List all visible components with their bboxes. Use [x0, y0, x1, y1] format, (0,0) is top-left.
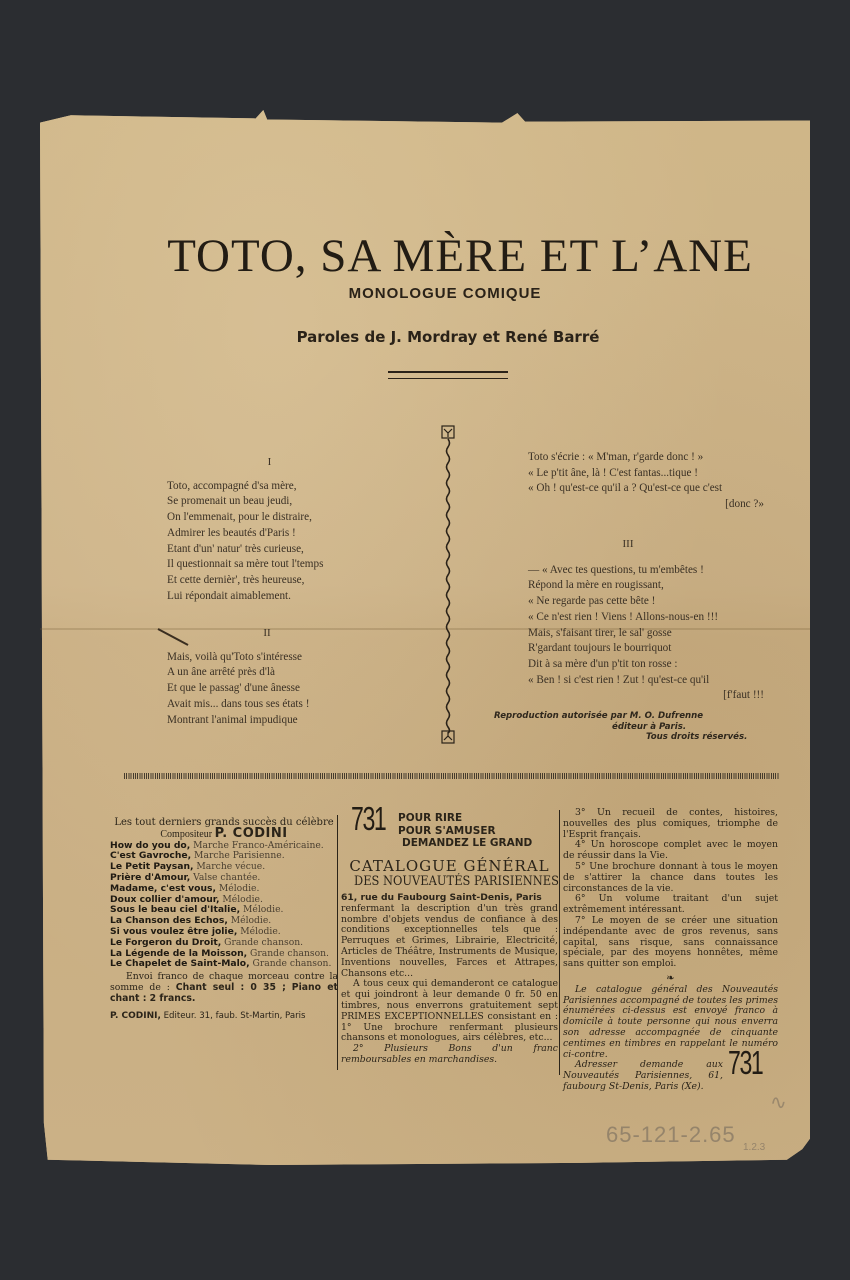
verse-line: « Ce n'est rien ! Viens ! Allons-nous-en… — [528, 610, 764, 626]
catalogue-number: 731 — [728, 1058, 762, 1069]
pencil-annotation: ∿ — [770, 1090, 787, 1115]
verse-line: Mais, voilà qu'Toto s'intéresse — [167, 650, 377, 666]
verse-line: [f'faut !!! — [528, 688, 764, 704]
order-address: Adresser demande aux Nouveautés Parisien… — [563, 1060, 723, 1092]
verse-line: — « Avec tes questions, tu m'embêtes ! — [528, 563, 764, 579]
column-separator — [559, 810, 560, 1075]
document-authors: Paroles de J. Mordray et René Barré — [0, 328, 850, 346]
credit-line: éditeur à Paris. — [494, 722, 754, 733]
verse-line: Dit à sa mère d'un p'tit ton rosse : — [528, 657, 764, 673]
verse-number: II — [167, 626, 367, 642]
verse-line: A un âne arrêté près d'là — [167, 665, 377, 681]
document-title: TOTO, SA MÈRE ET L’ANE — [0, 229, 850, 283]
verse-line: Montrant l'animal impudique — [167, 713, 377, 729]
verse-line: Mais, s'faisant tirer, le sal' gosse — [528, 626, 764, 642]
verse-line: Etant d'un' natur' très curieuse, — [167, 542, 377, 558]
verse-line: Et que le passag' d'une ânesse — [167, 681, 377, 697]
reproduction-credit: Reproduction autorisée par M. O. Dufrenn… — [494, 711, 754, 743]
verse-line: « Oh ! qu'est-ce qu'il a ? Qu'est-ce que… — [528, 481, 764, 497]
verse-line: On l'emmenait, pour le distraire, — [167, 510, 377, 526]
catalogue-name-line1: CATALOGUE GÉNÉRAL — [341, 858, 558, 874]
composer-name: P. CODINI — [215, 826, 288, 841]
verse-2-continued: Toto s'écrie : « M'man, r'garde donc ! »… — [528, 450, 764, 513]
promo-line: DEMANDEZ LE GRAND — [398, 837, 532, 850]
title-double-rule — [388, 371, 508, 379]
verse-line: R'gardant toujours le bourriquot — [528, 641, 764, 657]
catalogue-number: 731 — [351, 814, 385, 825]
catalogue-paragraph: A tous ceux qui demanderont ce catalogue… — [341, 979, 558, 1044]
verse-line: Avait mis... dans tous ses états ! — [167, 697, 377, 713]
verse-number: III — [528, 537, 728, 553]
promo-line: POUR RIRE — [398, 812, 532, 825]
verse-line: [donc ?» — [528, 497, 764, 513]
verse-number: I — [167, 455, 372, 471]
catalogue-paragraph: 2° Plusieurs Bons d'un franc remboursabl… — [341, 1044, 558, 1066]
verse-1: I Toto, accompagné d'sa mère, Se promena… — [167, 455, 377, 604]
verse-2: II Mais, voilà qu'Toto s'intéresse A un … — [167, 626, 377, 728]
column-separator — [337, 815, 338, 1070]
archive-shelfmark: 65-121-2.65 — [606, 1122, 736, 1148]
composer-label: Compositeur — [160, 829, 212, 840]
verse-3: III — « Avec tes questions, tu m'embêtes… — [528, 537, 764, 704]
verse-line: « Ben ! si c'est rien ! Zut ! qu'est-ce … — [528, 673, 764, 689]
verse-line: Toto s'écrie : « M'man, r'garde donc ! » — [528, 450, 764, 466]
prime-item: 5° Une brochure donnant à tous le moyen … — [563, 862, 778, 894]
verse-line: Il questionnait sa mère tout l'temps — [167, 557, 377, 573]
song-item: Le Chapelet de Saint-Malo, Grande chanso… — [110, 959, 338, 970]
codini-advertisement: Les tout derniers grands succès du célèb… — [110, 818, 338, 1021]
publisher-footer: P. CODINI, Editeur. 31, faub. St-Martin,… — [110, 1011, 338, 1022]
verse-line: « Ne regarde pas cette bête ! — [528, 594, 764, 610]
verse-line: Admirer les beautés d'Paris ! — [167, 526, 377, 542]
credit-line: Reproduction autorisée par M. O. Dufrenn… — [494, 711, 754, 722]
catalogue-name-line2: DES NOUVEAUTÉS PARISIENNES — [354, 874, 545, 890]
ornamental-column-divider — [441, 425, 455, 745]
section-divider-rule — [124, 773, 779, 779]
prime-item: 6° Un volume traitant d'un sujet extrême… — [563, 894, 778, 916]
document-subtitle: MONOLOGUE COMIQUE — [0, 285, 850, 302]
verse-line: Lui répondait aimablement. — [167, 589, 377, 605]
verse-line: Et cette dernièr', très heureuse, — [167, 573, 377, 589]
prime-item: 3° Un recueil de contes, histoires, nouv… — [563, 808, 778, 840]
verse-line: Répond la mère en rougissant, — [528, 578, 764, 594]
catalogue-paragraph: renfermant la description d'un très gran… — [341, 904, 558, 980]
primes-list: 3° Un recueil de contes, histoires, nouv… — [563, 808, 778, 1093]
prime-item: 7° Le moyen de se créer une situation in… — [563, 916, 778, 970]
credit-line: Tous droits réservés. — [494, 732, 754, 743]
verse-line: Toto, accompagné d'sa mère, — [167, 479, 377, 495]
prime-item: 4° Un horoscope complet avec le moyen de… — [563, 840, 778, 862]
catalogue-advertisement: 731 POUR RIRE POUR S'AMUSER DEMANDEZ LE … — [341, 812, 558, 1066]
verse-line: Se promenait un beau jeudi, — [167, 494, 377, 510]
catalogue-body: renfermant la description d'un très gran… — [341, 904, 558, 1066]
price-info: Envoi franco de chaque morceau contre la… — [110, 972, 338, 1004]
verse-line: « Le p'tit âne, là ! C'est fantas...tiqu… — [528, 466, 764, 482]
archive-submark: 1.2.3 — [743, 1142, 765, 1153]
catalogue-header: 731 POUR RIRE POUR S'AMUSER DEMANDEZ LE … — [341, 812, 558, 854]
promo-line: POUR S'AMUSER — [398, 825, 532, 838]
